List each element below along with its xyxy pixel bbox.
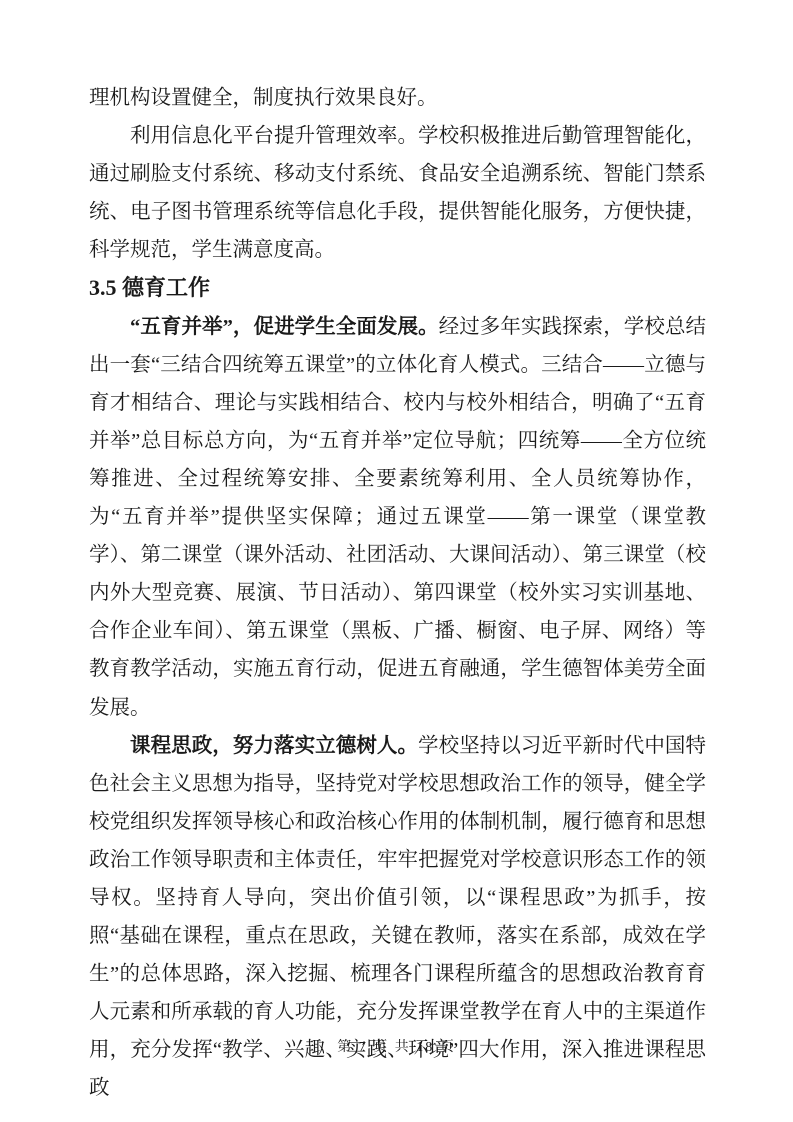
paragraph-five-educations: “五育并举”，促进学生全面发展。经过多年实践探索，学校总结出一套“三结合四统筹五… <box>89 308 706 727</box>
paragraph-informatization-platform: 利用信息化平台提升管理效率。学校积极推进后勤管理智能化，通过刷脸支付系统、移动支… <box>89 117 706 269</box>
page-number-footer: 第 7 页 共 18 页 <box>0 1036 793 1056</box>
paragraph-management-continuation: 理机构设置健全，制度执行效果良好。 <box>89 79 706 117</box>
document-body: 理机构设置健全，制度执行效果良好。 利用信息化平台提升管理效率。学校积极推进后勤… <box>89 79 706 1108</box>
paragraph-text-five-educations: 经过多年实践探索，学校总结出一套“三结合四统筹五课堂”的立体化育人模式。三结合—… <box>89 316 706 719</box>
document-page: 理机构设置健全，制度执行效果良好。 利用信息化平台提升管理效率。学校积极推进后勤… <box>0 0 793 1122</box>
paragraph-lead-curriculum-ideology: 课程思政，努力落实立德树人。 <box>130 735 418 757</box>
section-heading-3-5-moral-education: 3.5 德育工作 <box>89 269 706 307</box>
paragraph-lead-five-educations: “五育并举”，促进学生全面发展。 <box>130 316 439 338</box>
